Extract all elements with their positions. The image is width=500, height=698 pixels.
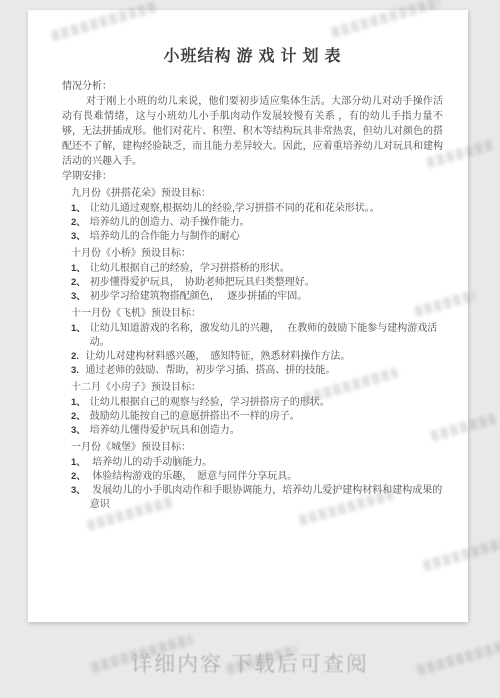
month-heading: 一月份《城堡》预设目标： — [71, 441, 443, 455]
goal-item-number: 2. — [71, 350, 79, 364]
month-heading: 十一月份《飞机》预设目标： — [71, 307, 443, 321]
goal-item: 3、培养幼儿懂得爱护玩具和创造力。 — [71, 424, 443, 438]
month-heading: 十二月《小房子》预设目标： — [71, 381, 443, 395]
goal-item: 2. 让幼儿对建构材料感兴趣， 感知特征，熟悉材料操作方法。 — [71, 350, 443, 364]
month-heading: 九月份《拼搭花朵》预设目标： — [71, 187, 443, 201]
goal-item-number: 2、 — [71, 470, 86, 484]
goal-item-number: 1、 — [71, 456, 86, 470]
goal-item: 3、初步学习给建筑物搭配颜色， 逐步拼插的牢固。 — [71, 290, 443, 304]
goal-item: 2、培养幼儿的创造力、动手操作能力。 — [71, 216, 443, 230]
goal-item-number: 2、 — [71, 410, 86, 424]
goal-item-text: 让幼儿通过观察,根据幼儿的经验,学习拼搭不同的花和花朵形状。。 — [90, 202, 380, 216]
situation-paragraph: 对于刚上小班的幼儿来说，他们要初步适应集体生活。大部分幼儿对动手操作活动有畏难情… — [62, 94, 443, 169]
goal-item: 1、让幼儿根据自己的经验，学习拼搭桥的形状。 — [71, 262, 443, 276]
document-page: 小班结构 游 戏 计 划 表 情况分析： 对于刚上小班的幼儿来说，他们要初步适应… — [28, 10, 468, 622]
goal-item-number: 3、 — [71, 424, 86, 438]
month-section: 九月份《拼搭花朵》预设目标：1、让幼儿通过观察,根据幼儿的经验,学习拼搭不同的花… — [62, 187, 443, 244]
goal-item-text: 初步懂得爱护玩具， 协助老师把玩具归类整理好。 — [90, 276, 315, 290]
schedule-sections: 九月份《拼搭花朵》预设目标：1、让幼儿通过观察,根据幼儿的经验,学习拼搭不同的花… — [62, 187, 443, 512]
goal-item-text: 培养幼儿懂得爱护玩具和创造力。 — [90, 424, 240, 438]
goal-item-number: 3、 — [71, 290, 86, 304]
goal-item-text: 鼓励幼儿能按自己的意愿拼搭出不一样的房子。 — [90, 410, 300, 424]
goal-item: 2、鼓励幼儿能按自己的意愿拼搭出不一样的房子。 — [71, 410, 443, 424]
goal-item-number: 3、 — [71, 230, 86, 244]
goal-item-text: 通过老师的鼓励、帮助，初步学习插、搭高、拼的技能。 — [83, 364, 336, 378]
document-title: 小班结构 游 戏 计 划 表 — [62, 43, 443, 66]
download-hint: 详细内容 下载后可查阅 — [0, 648, 500, 678]
goal-item-number: 1、 — [71, 202, 86, 216]
goal-item: 1、让幼儿根据自己的观察与经验，学习拼搭房子的形状。 — [71, 396, 443, 410]
goal-item-number: 3、 — [71, 484, 86, 498]
goal-item: 2、初步懂得爱护玩具， 协助老师把玩具归类整理好。 — [71, 276, 443, 290]
schedule-heading: 学期安排： — [62, 169, 443, 184]
goal-item-text: 让幼儿知道游戏的名称，激发幼儿的兴趣， 在教师的鼓励下能参与建构游戏活动。 — [90, 322, 443, 350]
goal-item-text: 培养幼儿的动手动脑能力。 — [90, 456, 213, 470]
goal-item-number: 1、 — [71, 322, 86, 336]
goal-item-number: 2、 — [71, 276, 86, 290]
month-section: 十一月份《飞机》预设目标：1、让幼儿知道游戏的名称，激发幼儿的兴趣， 在教师的鼓… — [62, 307, 443, 378]
month-section: 十二月《小房子》预设目标：1、让幼儿根据自己的观察与经验，学习拼搭房子的形状。2… — [62, 381, 443, 438]
goal-item: 3. 通过老师的鼓励、帮助，初步学习插、搭高、拼的技能。 — [71, 364, 443, 378]
goal-item: 2、 体验结构游戏的乐趣， 愿意与同伴分享玩具。 — [71, 470, 443, 484]
goal-item-text: 让幼儿根据自己的经验，学习拼搭桥的形状。 — [90, 262, 290, 276]
month-heading: 十月份《小桥》预设目标： — [71, 247, 443, 261]
month-section: 十月份《小桥》预设目标：1、让幼儿根据自己的经验，学习拼搭桥的形状。2、初步懂得… — [62, 247, 443, 304]
goal-item: 3、 发展幼儿的小手肌肉动作和手眼协调能力，培养幼儿爱护建构材料和建构成果的意识 — [71, 484, 443, 512]
goal-item: 1、让幼儿知道游戏的名称，激发幼儿的兴趣， 在教师的鼓励下能参与建构游戏活动。 — [71, 322, 443, 350]
goal-item-text: 培养幼儿的合作能力与制作的耐心 — [90, 230, 240, 244]
goal-item-text: 发展幼儿的小手肌肉动作和手眼协调能力，培养幼儿爱护建构材料和建构成果的意识 — [90, 484, 443, 512]
month-section: 一月份《城堡》预设目标：1、 培养幼儿的动手动脑能力。2、 体验结构游戏的乐趣，… — [62, 441, 443, 512]
goal-item-number: 3. — [71, 364, 79, 378]
goal-item-text: 体验结构游戏的乐趣， 愿意与同伴分享玩具。 — [90, 470, 298, 484]
goal-item-text: 培养幼儿的创造力、动手操作能力。 — [90, 216, 250, 230]
goal-item-number: 2、 — [71, 216, 86, 230]
situation-heading: 情况分析： — [62, 79, 443, 94]
goal-item-text: 让幼儿对建构材料感兴趣， 感知特征，熟悉材料操作方法。 — [83, 350, 351, 364]
document-content: 小班结构 游 戏 计 划 表 情况分析： 对于刚上小班的幼儿来说，他们要初步适应… — [28, 10, 468, 512]
goal-item-number: 1、 — [71, 396, 86, 410]
goal-item-number: 1、 — [71, 262, 86, 276]
goal-item-text: 初步学习给建筑物搭配颜色， 逐步拼插的牢固。 — [90, 290, 308, 304]
goal-item: 1、 培养幼儿的动手动脑能力。 — [71, 456, 443, 470]
goal-item: 3、培养幼儿的合作能力与制作的耐心 — [71, 230, 443, 244]
goal-item: 1、让幼儿通过观察,根据幼儿的经验,学习拼搭不同的花和花朵形状。。 — [71, 202, 443, 216]
goal-item-text: 让幼儿根据自己的观察与经验，学习拼搭房子的形状。 — [90, 396, 330, 410]
